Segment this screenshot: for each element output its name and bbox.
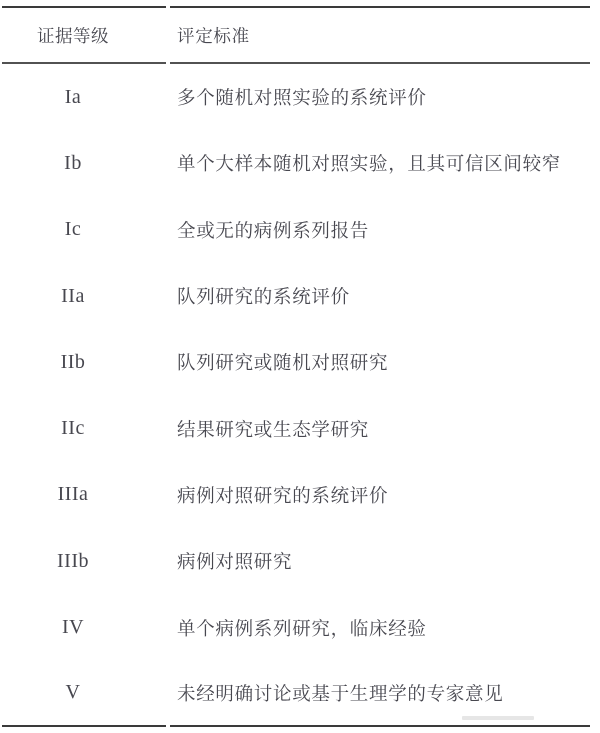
- table-row: IIa 队列研究的系统评价: [2, 263, 590, 329]
- evidence-level-cell: IIIb: [2, 528, 166, 594]
- table-header-row: 证据等级 评定标准: [2, 6, 590, 64]
- column-header-criteria: 评定标准: [170, 6, 590, 64]
- column-header-evidence-level: 证据等级: [2, 6, 166, 64]
- evidence-level-cell: V: [2, 661, 166, 727]
- criteria-cell: 队列研究的系统评价: [170, 263, 590, 329]
- criteria-cell: 多个随机对照实验的系统评价: [170, 64, 590, 130]
- evidence-level-cell: IIc: [2, 395, 166, 461]
- criteria-cell: 病例对照研究的系统评价: [170, 462, 590, 528]
- table-row: Ic 全或无的病例系列报告: [2, 197, 590, 263]
- criteria-cell: 单个大样本随机对照实验，且其可信区间较窄: [170, 130, 590, 196]
- evidence-level-cell: IV: [2, 594, 166, 660]
- table-row: IIc 结果研究或生态学研究: [2, 395, 590, 461]
- table-row: Ia 多个随机对照实验的系统评价: [2, 64, 590, 130]
- evidence-level-cell: IIb: [2, 329, 166, 395]
- criteria-cell: 病例对照研究: [170, 528, 590, 594]
- table-row: Ib 单个大样本随机对照实验，且其可信区间较窄: [2, 130, 590, 196]
- criteria-cell: 全或无的病例系列报告: [170, 197, 590, 263]
- table-body: Ia 多个随机对照实验的系统评价 Ib 单个大样本随机对照实验，且其可信区间较窄…: [2, 64, 590, 727]
- table-row: IIb 队列研究或随机对照研究: [2, 329, 590, 395]
- criteria-cell: 队列研究或随机对照研究: [170, 329, 590, 395]
- evidence-level-cell: IIIa: [2, 462, 166, 528]
- evidence-level-cell: Ic: [2, 197, 166, 263]
- evidence-level-cell: Ib: [2, 130, 166, 196]
- evidence-grading-table: 证据等级 评定标准 Ia 多个随机对照实验的系统评价 Ib 单个大样本随机对照实…: [2, 6, 590, 727]
- table-row: IIIa 病例对照研究的系统评价: [2, 462, 590, 528]
- table-row: IV 单个病例系列研究，临床经验: [2, 594, 590, 660]
- table-row: IIIb 病例对照研究: [2, 528, 590, 594]
- evidence-level-cell: Ia: [2, 64, 166, 130]
- evidence-level-cell: IIa: [2, 263, 166, 329]
- criteria-cell: 结果研究或生态学研究: [170, 395, 590, 461]
- watermark-artifact: [462, 716, 534, 720]
- criteria-cell: 单个病例系列研究，临床经验: [170, 594, 590, 660]
